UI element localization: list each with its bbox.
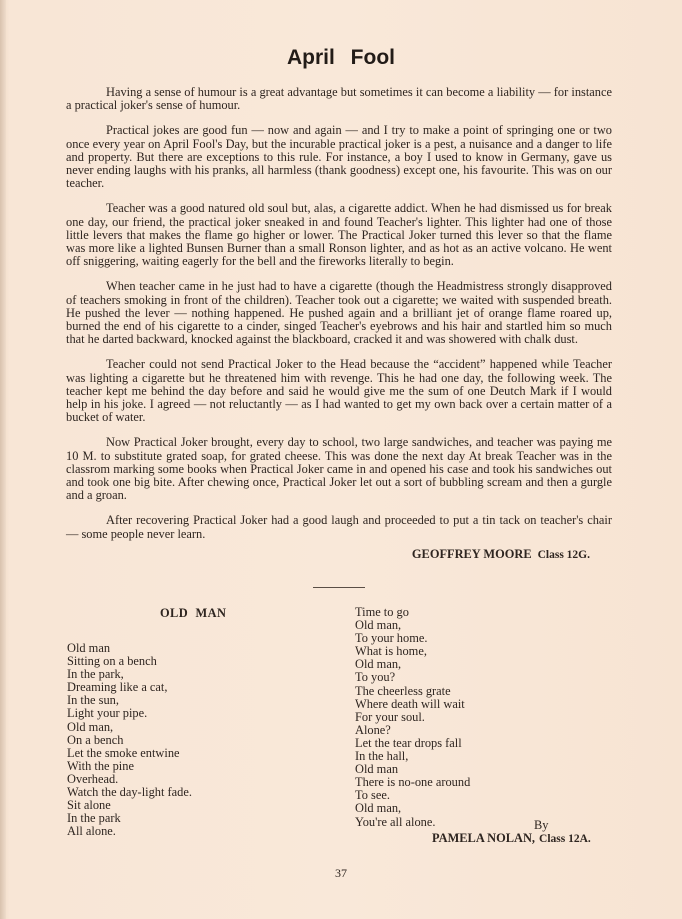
article-paragraph: Now Practical Joker brought, every day t… [66, 436, 612, 502]
poem-line: On a bench [67, 734, 192, 747]
poem-line: To you? [355, 671, 470, 684]
poem-line: Old man, [67, 721, 192, 734]
poem-line: For your soul. [355, 711, 470, 724]
poem-line: The cheerless grate [355, 685, 470, 698]
article-paragraph: Teacher could not send Practical Joker t… [66, 358, 612, 424]
poem-column-left: Old manSitting on a benchIn the park,Dre… [67, 642, 192, 838]
poem-line: All alone. [67, 825, 192, 838]
poem-line: With the pine [67, 760, 192, 773]
poem-line: Old man, [355, 802, 470, 815]
poem-author-class: Class 12A. [539, 833, 591, 845]
poem-title: OLD MAN [160, 606, 226, 621]
poem-line: Where death will wait [355, 698, 470, 711]
article-paragraph: Having a sense of humour is a great adva… [66, 86, 612, 112]
article-paragraph: After recovering Practical Joker had a g… [66, 514, 612, 540]
article-author: GEOFFREY MOORE [412, 547, 532, 561]
article-byline: GEOFFREY MOOREClass 12G. [66, 547, 612, 562]
section-divider [313, 587, 365, 588]
poem-author: PAMELA NOLAN, [432, 831, 535, 845]
poem-column-right: Time to goOld man,To your home.What is h… [355, 606, 470, 829]
article-paragraph: When teacher came in he just had to have… [66, 280, 612, 346]
poem-line: You're all alone. [355, 816, 470, 829]
article-title: April Fool [0, 46, 682, 70]
page-binding-edge [0, 0, 6, 919]
article-author-class: Class 12G. [538, 549, 590, 561]
poem-line: Light your pipe. [67, 707, 192, 720]
poem-line: Let the smoke entwine [67, 747, 192, 760]
page-number: 37 [0, 866, 682, 881]
poem-byline: PAMELA NOLAN,Class 12A. [432, 831, 591, 846]
article-body: Having a sense of humour is a great adva… [66, 86, 612, 562]
article-paragraph: Practical jokes are good fun — now and a… [66, 124, 612, 190]
article-paragraph: Teacher was a good natured old soul but,… [66, 202, 612, 268]
poem-line: Alone? [355, 724, 470, 737]
magazine-page: April Fool Having a sense of humour is a… [0, 0, 682, 919]
